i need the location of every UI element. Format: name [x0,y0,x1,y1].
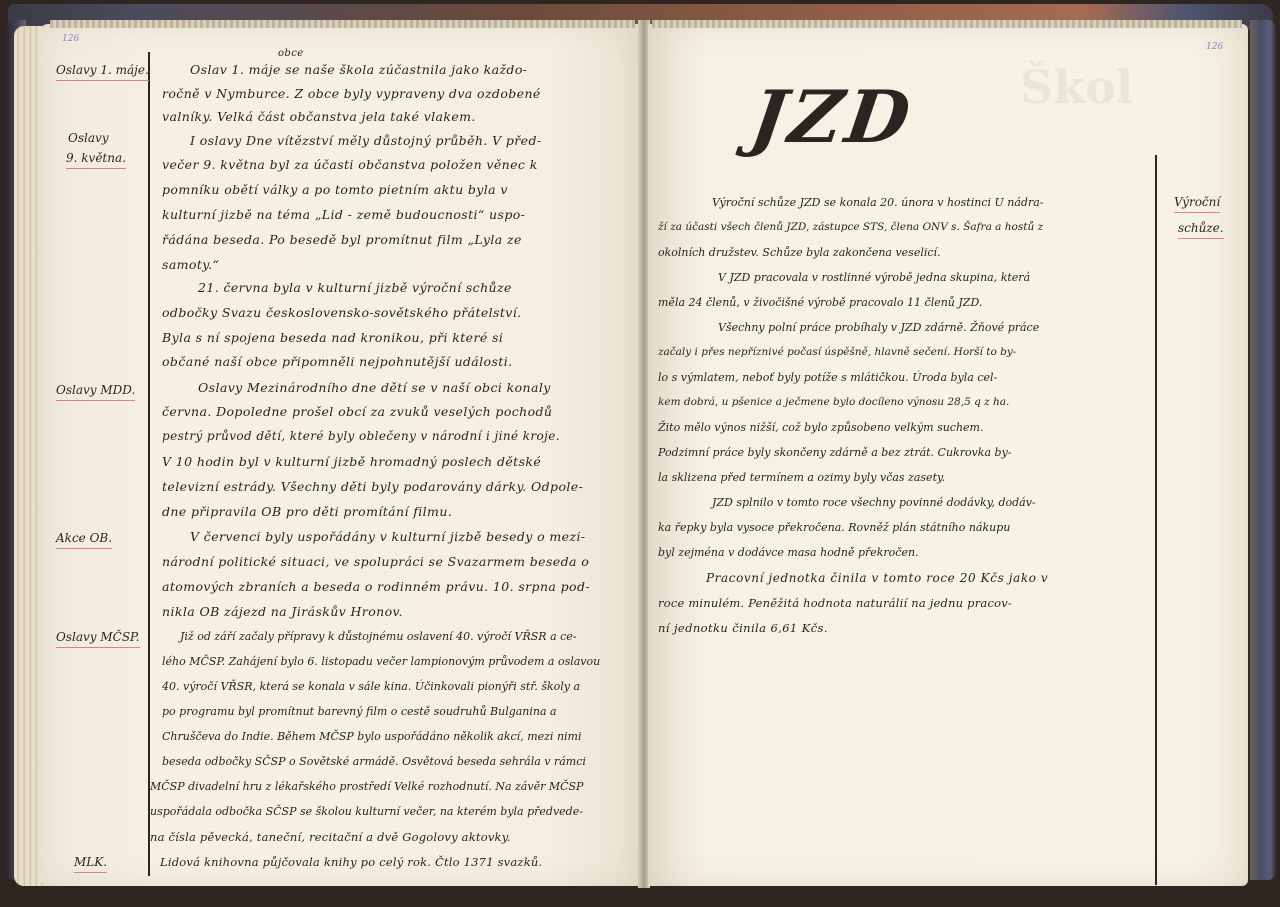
text-line: Žito mělo výnos nižší, což bylo způsoben… [658,421,983,434]
text-line: televizní estrády. Všechny děti byly pod… [162,479,583,494]
margin-label-schuze: schůze. [1178,218,1224,240]
text-line: národní politické situaci, ve spolupráci… [162,554,589,569]
text-line: po programu byl promítnut barevný film o… [162,705,557,718]
margin-label-akce-ob: Akce OB. [56,528,112,550]
section-title-jzd: JZD [746,74,919,159]
text-line: byl zejména v dodávce masa hodně překroč… [658,546,919,559]
text-line: Již od září začaly přípravy k důstojnému… [180,630,577,643]
text-line: lo s výmlatem, neboť byly potíže s mláti… [658,371,997,384]
text-line: Všechny polní práce probíhaly v JZD zdár… [718,321,1039,334]
text-line: Podzimní práce byly skončeny zdárně a be… [658,446,1012,459]
text-line: valníky. Velká část občanstva jela také … [162,109,476,124]
text-line: pestrý průvod dětí, které byly oblečeny … [162,429,560,443]
right-page-top-edge [652,20,1242,28]
text-line: měla 24 členů, v živočišné výrobě pracov… [658,296,982,309]
text-line: pomníku obětí války a po tomto pietním a… [162,182,508,197]
left-page-number: 126 [62,34,79,44]
text-line: uspořádala odbočka SČSP se školou kultur… [150,805,583,818]
margin-label-9-kvetna: 9. května. [66,148,126,170]
text-line: řádána beseda. Po besedě byl promítnut f… [162,232,522,247]
margin-label-oslavy-mdd: Oslavy MDD. [56,380,135,402]
text-line: nikla OB zájezd na Jiráskův Hronov. [162,604,403,619]
text-line: kulturní jizbě na téma „Lid - země budou… [162,207,525,222]
margin-label-mlk: MLK. [74,852,107,874]
text-line: Oslavy Mezinárodního dne dětí se v naší … [198,380,551,395]
text-line: ročně v Nymburce. Z obce byly vypraveny … [162,86,541,101]
left-page-top-edge [50,20,635,28]
text-line: Byla s ní spojena beseda nad kronikou, p… [162,330,503,345]
text-line: V 10 hodin byl v kulturní jizbě hromadný… [162,454,541,469]
right-margin-rule [1155,155,1157,885]
text-line: I oslavy Dne vítězství měly důstojný prů… [190,133,541,148]
text-line: atomových zbraních a beseda o rodinném p… [162,579,590,594]
margin-label-oslavy-mcsp: Oslavy MČSP. [56,627,140,649]
text-line: dne připravila OB pro děti promítání fil… [162,504,452,519]
text-line: la sklizena před termínem a ozimy byly v… [658,471,945,484]
text-line: ka řepky byla vysoce překročena. Rovněž … [658,521,1010,534]
text-line: Výroční schůze JZD se konala 20. února v… [712,196,1044,209]
text-line: na čísla pěvecká, taneční, recitační a d… [150,830,511,844]
text-line: občané naší obce připomněli nejpohnutějš… [162,354,512,369]
text-line: června. Dopoledne prošel obcí za zvuků v… [162,404,552,419]
text-line: MČSP divadelní hru z lékařského prostřed… [150,780,583,793]
text-line: V červenci byly uspořádány v kulturní ji… [190,529,585,544]
margin-label-oslavy-1-maje: Oslavy 1. máje. [56,60,149,82]
right-page-number: 126 [1206,42,1223,52]
bleed-through-text: Škol [1020,60,1133,114]
text-line: ní jednotku činila 6,61 Kčs. [658,621,828,635]
text-line: Chruščeva do Indie. Během MČSP bylo uspo… [162,730,582,743]
text-line: večer 9. května byl za účasti občanstva … [162,157,538,172]
text-line: okolních družstev. Schůze byla zakončena… [658,246,941,259]
text-line: odbočky Svazu československo-sovětského … [162,305,522,320]
text-line: ží za účasti všech členů JZD, zástupce S… [658,221,1043,233]
text-line: beseda odbočky SČSP o Sovětské armádě. O… [162,755,586,768]
margin-label-oslavy: Oslavy [68,128,109,149]
text-line: roce minulém. Peněžitá hodnota naturálií… [658,596,1012,610]
text-line: Pracovní jednotka činila v tomto roce 20… [706,571,1048,585]
text-line: Lidová knihovna půjčovala knihy po celý … [160,855,542,869]
text-line: samoty.“ [162,257,219,272]
text-line: 21. června byla v kulturní jizbě výroční… [198,280,512,295]
text-line: začaly i přes nepříznivé počasí úspěšně,… [658,346,1016,358]
book-cover-right [1250,20,1276,880]
left-margin-rule [148,52,150,876]
text-line: 40. výročí VŘSR, která se konala v sále … [162,680,580,693]
text-line: Oslav 1. máje se naše školа zúčastnila j… [190,62,527,77]
superscript-insert: obce [278,48,304,59]
text-line: V JZD pracovala v rostlinné výrobě jedna… [718,271,1030,284]
margin-label-vyrocni: Výroční [1174,192,1220,214]
text-line: kem dobrá, u pšenice a ječmene bylo docí… [658,396,1009,408]
text-line: lého MČSP. Zahájení bylo 6. listopadu ve… [162,655,600,668]
text-line: JZD splnilo v tomto roce všechny povinné… [712,496,1036,509]
